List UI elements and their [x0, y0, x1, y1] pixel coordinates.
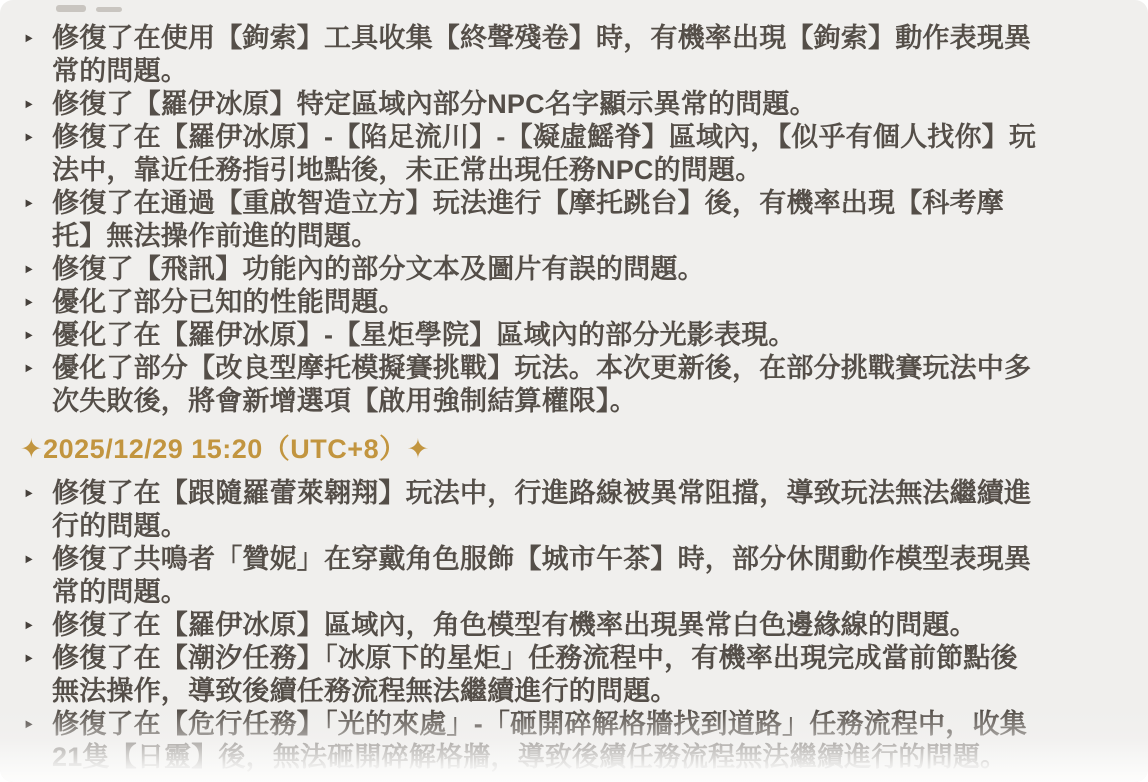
- triangle-bullet-icon: ‣: [23, 643, 35, 676]
- patch-note-text: 優化了在【羅伊冰原】-【星炬學院】區域內的部分光影表現。: [52, 320, 796, 350]
- triangle-bullet-icon: ‣: [23, 610, 35, 643]
- patch-note-item: ‣優化了部分已知的性能問題。: [20, 286, 1040, 319]
- patch-note-text: 修復了【飛訊】功能內的部分文本及圖片有誤的問題。: [52, 254, 705, 284]
- triangle-bullet-icon: ‣: [23, 478, 35, 511]
- patch-note-text: 修復了共鳴者「贊妮」在穿戴角色服飾【城市午茶】時，部分休閒動作模型表現異常的問題…: [52, 544, 1031, 607]
- triangle-bullet-icon: ‣: [23, 287, 35, 320]
- triangle-bullet-icon: ‣: [23, 254, 35, 287]
- patch-note-item: ‣優化了在【羅伊冰原】-【星炬學院】區域內的部分光影表現。: [20, 319, 1040, 352]
- patch-note-item: ‣修復了在【危行任務】「光的來處」-「砸開碎解格牆找到道路」任務流程中，收集21…: [20, 708, 1040, 774]
- patch-note-text: 修復了在使用【鉤索】工具收集【終聲殘卷】時，有機率出現【鉤索】動作表現異常的問題…: [52, 23, 1031, 86]
- patch-note-item: ‣修復了在使用【鉤索】工具收集【終聲殘卷】時，有機率出現【鉤索】動作表現異常的問…: [20, 22, 1040, 88]
- patch-note-item: ‣優化了部分【改良型摩托模擬賽挑戰】玩法。本次更新後，在部分挑戰賽玩法中多次失敗…: [20, 352, 1040, 418]
- triangle-bullet-icon: ‣: [23, 709, 35, 742]
- patch-note-item: ‣修復了在【羅伊冰原】-【陷足流川】-【凝虛鰩脊】區域內，【似乎有個人找你】玩法…: [20, 121, 1040, 187]
- patch-note-text: 修復了在【潮汐任務】「冰原下的星炬」任務流程中，有機率出現完成當前節點後無法操作…: [52, 643, 1018, 706]
- triangle-bullet-icon: ‣: [23, 320, 35, 353]
- triangle-bullet-icon: ‣: [23, 122, 35, 155]
- triangle-bullet-icon: ‣: [23, 353, 35, 386]
- patch-note-item: ‣修復了共鳴者「贊妮」在穿戴角色服飾【城市午茶】時，部分休閒動作模型表現異常的問…: [20, 543, 1040, 609]
- patch-note-item: ‣修復了【飛訊】功能內的部分文本及圖片有誤的問題。: [20, 253, 1040, 286]
- triangle-bullet-icon: ‣: [23, 23, 35, 56]
- patch-note-text: 修復了在【羅伊冰原】-【陷足流川】-【凝虛鰩脊】區域內，【似乎有個人找你】玩法中…: [52, 122, 1036, 185]
- section-date-header: ✦2025/12/29 15:20（UTC+8）✦: [20, 433, 1040, 466]
- patch-note-text: 修復了在【危行任務】「光的來處」-「砸開碎解格牆找到道路」任務流程中，收集21隻…: [52, 709, 1027, 772]
- patch-note-text: 修復了【羅伊冰原】特定區域內部分NPC名字顯示異常的問題。: [52, 89, 817, 119]
- triangle-bullet-icon: ‣: [23, 544, 35, 577]
- patch-notes-list: ‣修復了在【跟隨羅蕾萊翱翔】玩法中，行進路線被異常阻擋，導致玩法無法繼續進行的問…: [20, 477, 1040, 774]
- patch-note-text: 修復了在【跟隨羅蕾萊翱翔】玩法中，行進路線被異常阻擋，導致玩法無法繼續進行的問題…: [52, 478, 1031, 541]
- patch-note-item: ‣修復了在【羅伊冰原】區域內，角色模型有機率出現異常白色邊緣線的問題。: [20, 609, 1040, 642]
- patch-note-item: ‣修復了在【潮汐任務】「冰原下的星炬」任務流程中，有機率出現完成當前節點後無法操…: [20, 642, 1040, 708]
- patch-note-text: 修復了在【羅伊冰原】區域內，角色模型有機率出現異常白色邊緣線的問題。: [52, 610, 977, 640]
- triangle-bullet-icon: ‣: [23, 188, 35, 221]
- patch-notes-list: ‣修復了在使用【鉤索】工具收集【終聲殘卷】時，有機率出現【鉤索】動作表現異常的問…: [20, 22, 1040, 418]
- patch-note-item: ‣修復了在通過【重啟智造立方】玩法進行【摩托跳台】後，有機率出現【科考摩托】無法…: [20, 187, 1040, 253]
- patch-notes-content: ‣修復了在使用【鉤索】工具收集【終聲殘卷】時，有機率出現【鉤索】動作表現異常的問…: [0, 0, 1148, 774]
- patch-note-item: ‣修復了在【跟隨羅蕾萊翱翔】玩法中，行進路線被異常阻擋，導致玩法無法繼續進行的問…: [20, 477, 1040, 543]
- triangle-bullet-icon: ‣: [23, 89, 35, 122]
- patch-note-item: ‣修復了【羅伊冰原】特定區域內部分NPC名字顯示異常的問題。: [20, 88, 1040, 121]
- patch-note-text: 優化了部分【改良型摩托模擬賽挑戰】玩法。本次更新後，在部分挑戰賽玩法中多次失敗後…: [52, 353, 1031, 416]
- patch-notes-panel[interactable]: ‣修復了在使用【鉤索】工具收集【終聲殘卷】時，有機率出現【鉤索】動作表現異常的問…: [0, 0, 1148, 782]
- patch-note-text: 優化了部分已知的性能問題。: [52, 287, 406, 317]
- patch-note-text: 修復了在通過【重啟智造立方】玩法進行【摩托跳台】後，有機率出現【科考摩托】無法操…: [52, 188, 1004, 251]
